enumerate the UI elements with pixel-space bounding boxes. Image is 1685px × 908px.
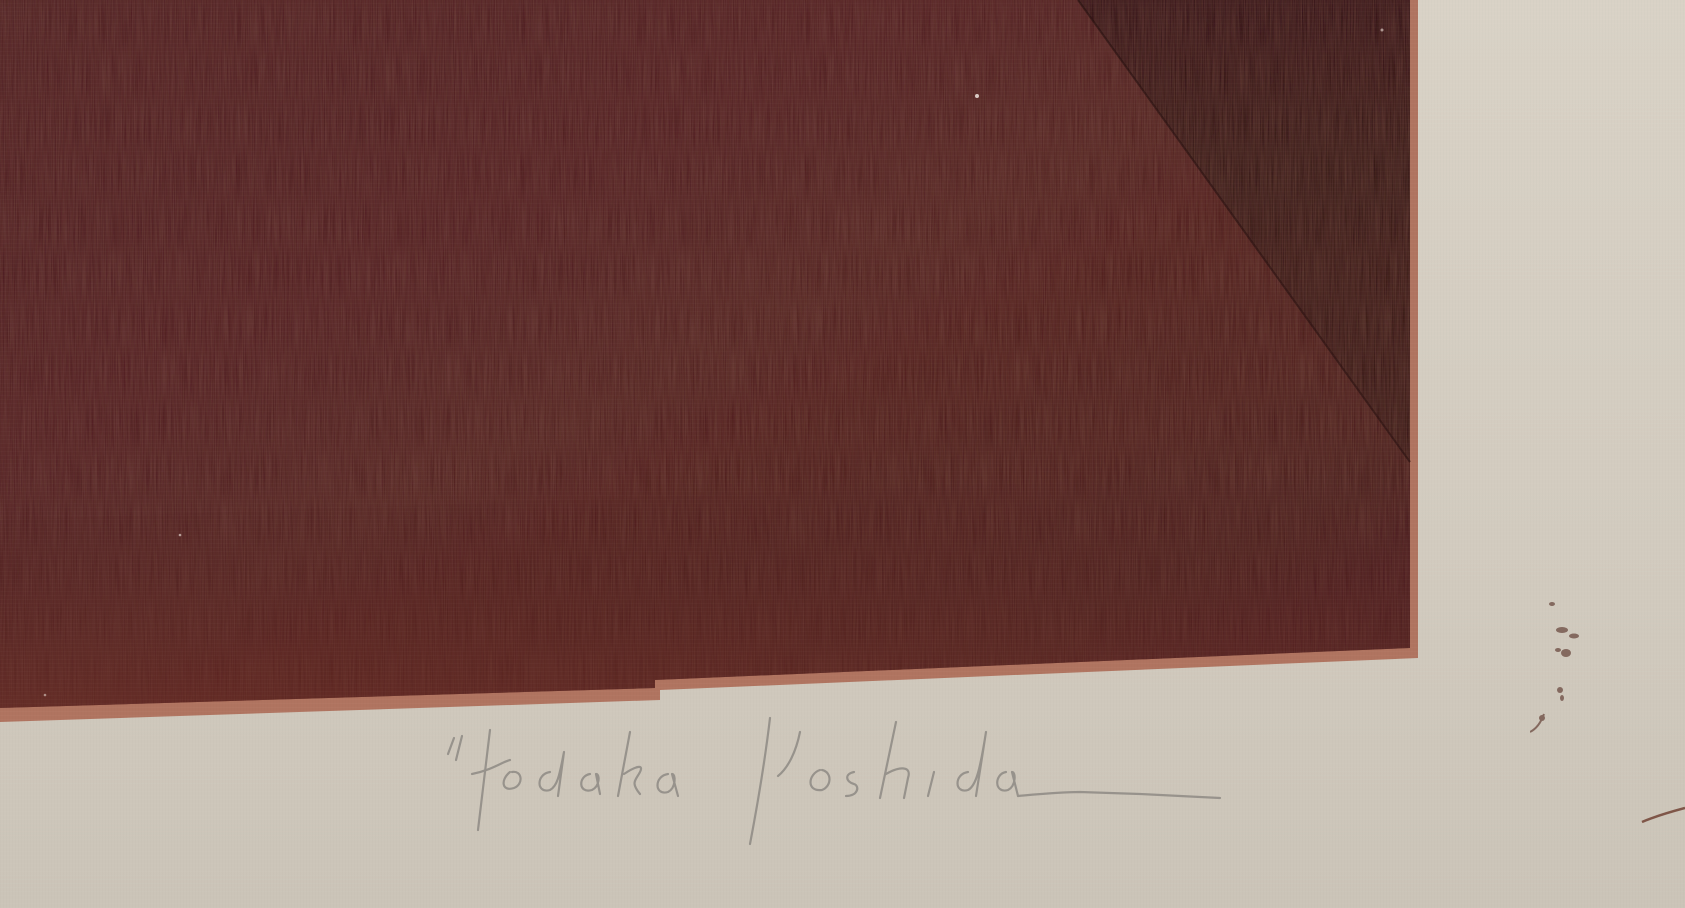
foxing-stain (1530, 580, 1650, 740)
corner-mark (1640, 800, 1685, 830)
signature-text: Hodaka Yoshida (0, 0, 1, 1)
pencil-signature (440, 712, 1260, 852)
print-photo: Hodaka Yoshida (0, 0, 1685, 908)
